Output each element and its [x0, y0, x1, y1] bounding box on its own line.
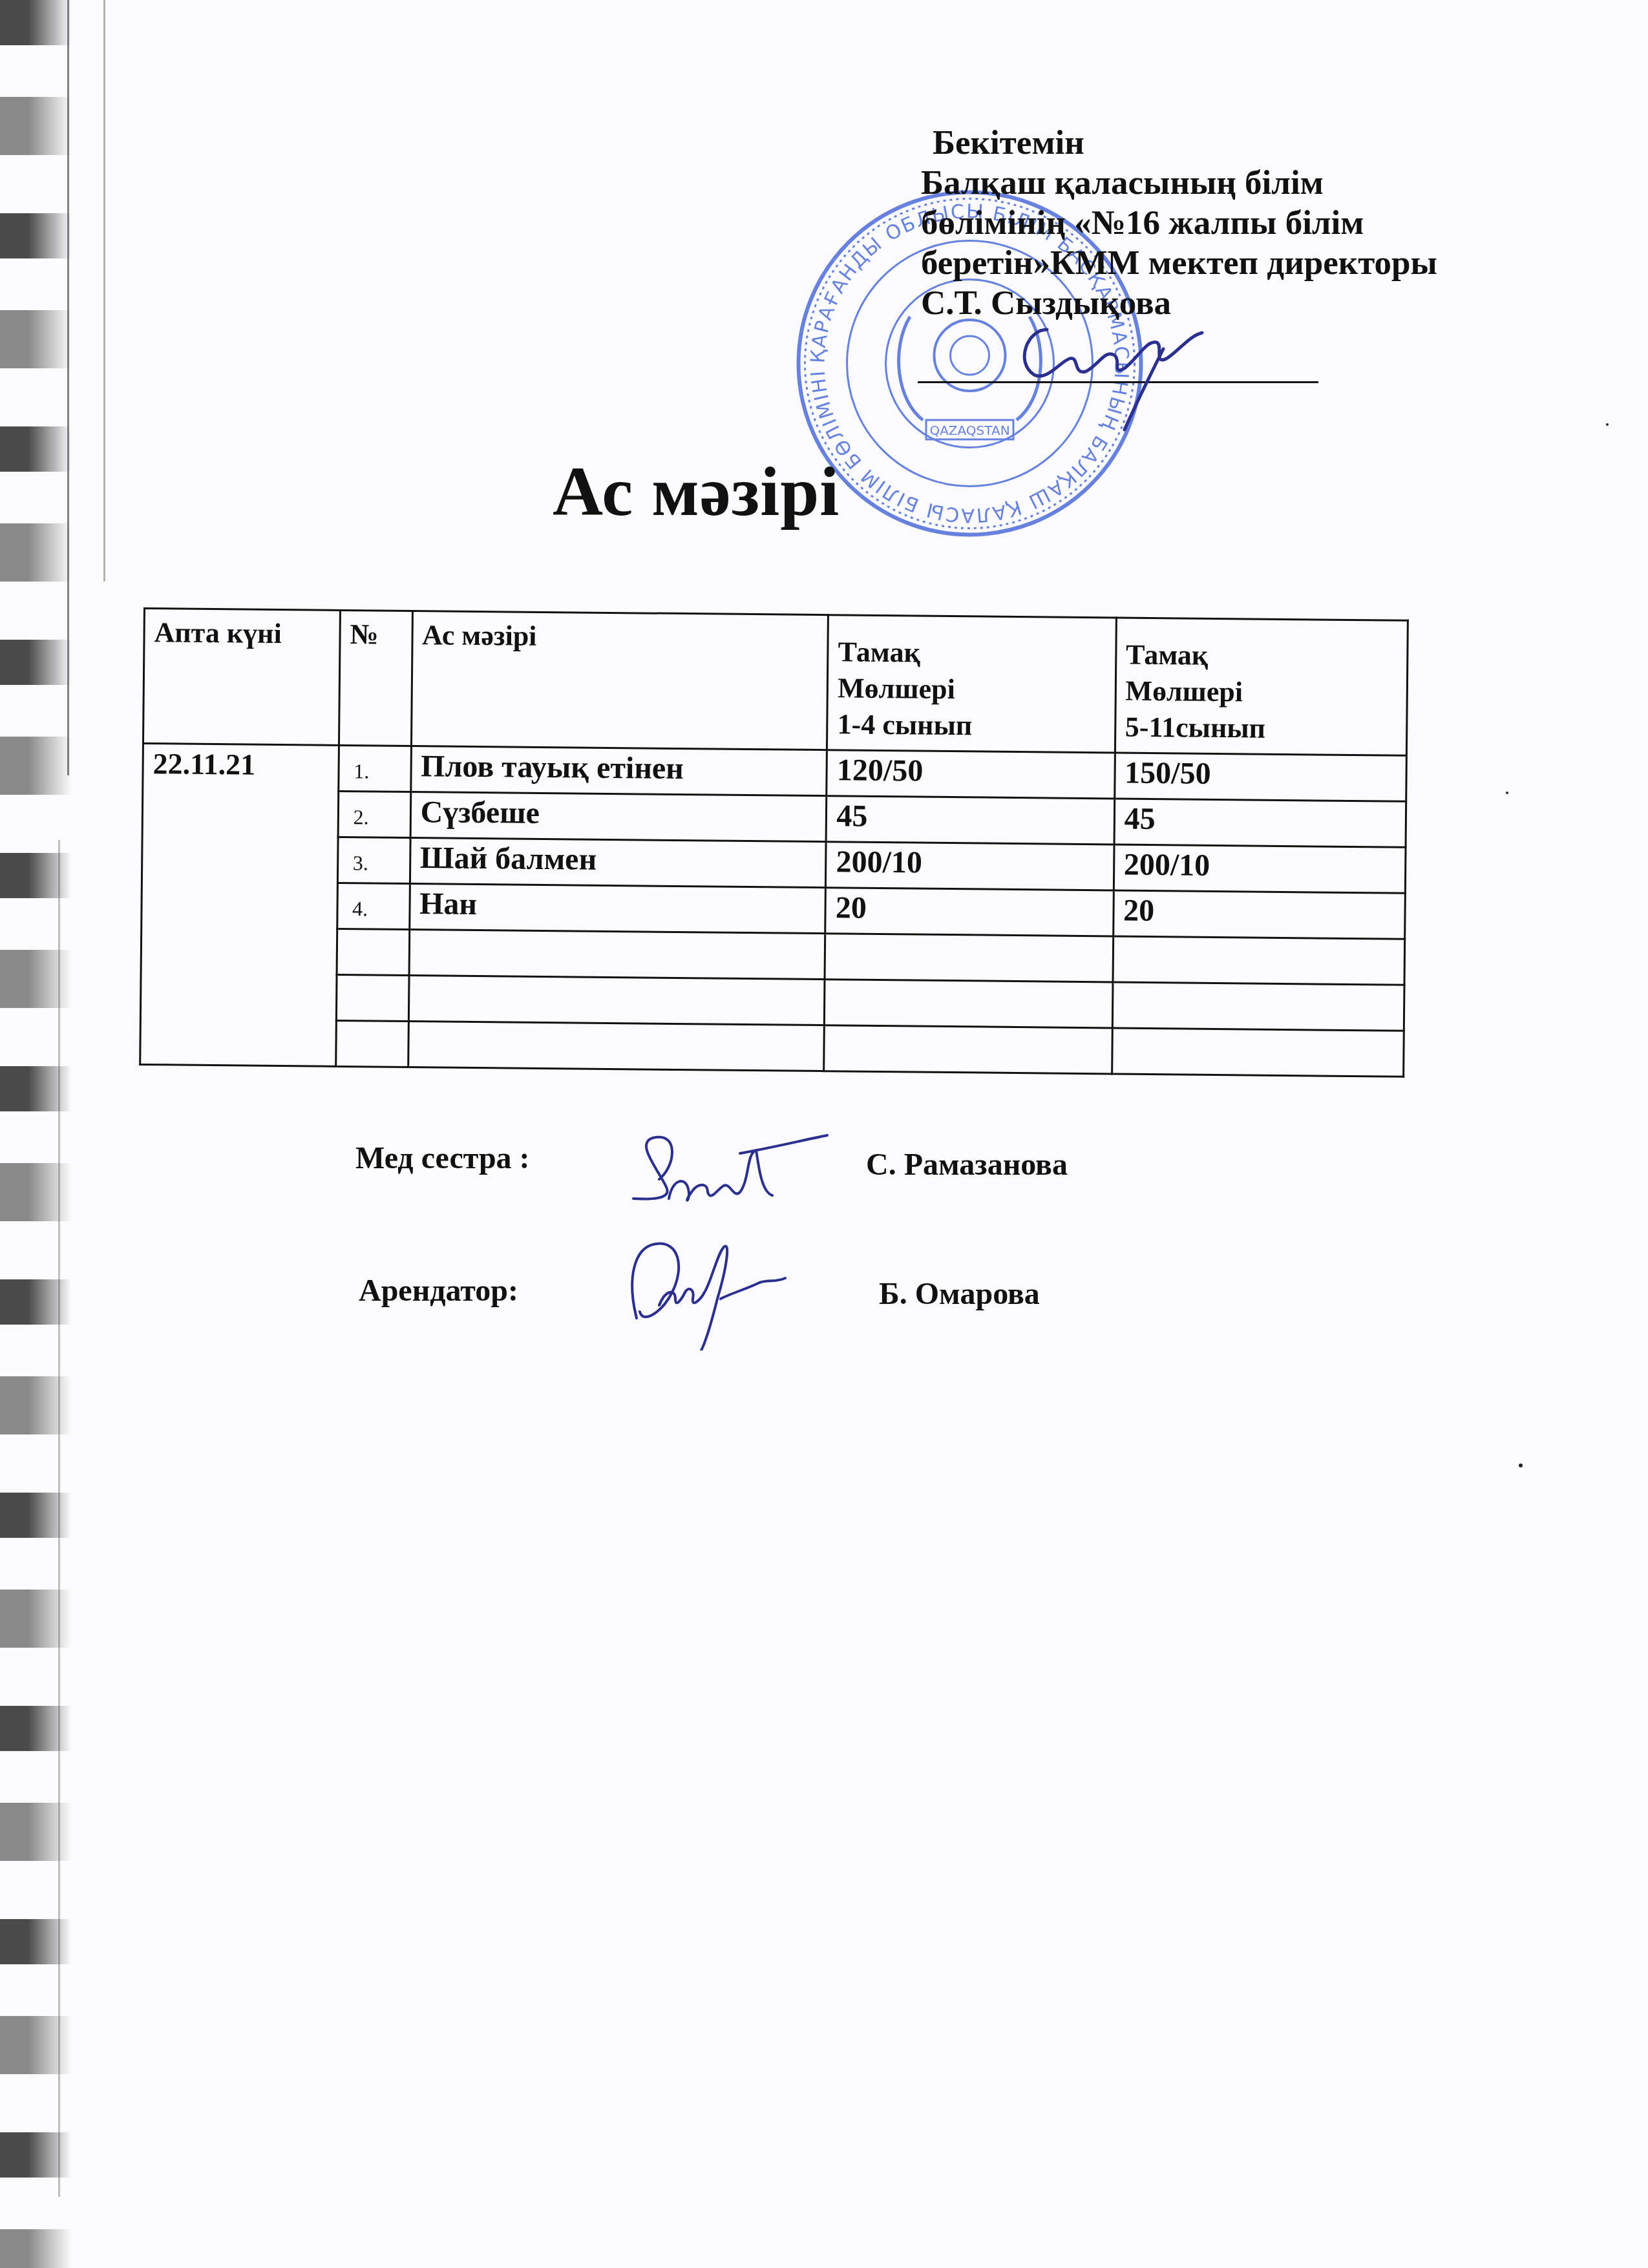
row-number: 4. [337, 883, 410, 929]
director-signature [1008, 304, 1221, 433]
header-dish: Ас мәзірі [411, 611, 829, 750]
approval-line: бөлімінің «№16 жалпы білім [921, 203, 1503, 243]
header-portion-grades-5-11: Тамақ Мөлшері 5-11сынып [1115, 618, 1408, 755]
portion-1-4-cell [825, 980, 1113, 1028]
header-portion-grades-1-4: Тамақ Мөлшері 1-4 сынып [827, 615, 1116, 753]
portion-5-11-cell: 200/10 [1114, 845, 1406, 893]
scan-streak [58, 840, 60, 2197]
nurse-name: С. Рамазанова [866, 1147, 1068, 1182]
portion-5-11-cell [1112, 1028, 1404, 1076]
header-text: Тамақ [838, 634, 1106, 673]
portion-5-11-cell: 150/50 [1114, 753, 1406, 801]
menu-table: Апта күні № Ас мәзірі Тамақ Мөлшері 1-4 … [139, 607, 1409, 1078]
header-day: Апта күні [143, 609, 340, 746]
nurse-label: Мед сестра : [355, 1140, 530, 1176]
header-text: 5-11сынып [1125, 709, 1397, 748]
scan-streak [103, 0, 105, 582]
header-text: 1-4 сынып [837, 706, 1105, 745]
svg-text:QAZAQSTAN: QAZAQSTAN [929, 423, 1009, 438]
scan-streak [67, 0, 69, 775]
scan-speck [1519, 1464, 1523, 1467]
dish-cell [409, 929, 825, 979]
approval-line: Балқаш қаласының білім [921, 163, 1503, 203]
header-text: Мөлшері [1125, 673, 1397, 712]
dish-cell [408, 1021, 824, 1071]
nurse-signature [620, 1128, 834, 1218]
portion-1-4-cell [825, 934, 1113, 982]
approval-heading: Бекітемін [921, 123, 1503, 163]
portion-1-4-cell: 20 [825, 888, 1114, 936]
dish-cell: Шай балмен [410, 837, 826, 887]
approval-line: беретін»КММ мектеп директоры [921, 243, 1503, 283]
row-number: 1. [338, 745, 411, 792]
row-number: 3. [337, 837, 410, 883]
approval-block: Бекітемін Балқаш қаласының білім бөлімін… [921, 123, 1503, 323]
table-header-row: Апта күні № Ас мәзірі Тамақ Мөлшері 1-4 … [143, 609, 1408, 756]
portion-1-4-cell [824, 1025, 1112, 1074]
header-text: Тамақ [1126, 637, 1398, 676]
row-number [335, 1020, 408, 1067]
scan-speck [1606, 423, 1609, 426]
portion-5-11-cell: 20 [1113, 890, 1405, 939]
page-title: Ас мәзірі [553, 452, 840, 532]
tenant-signature [620, 1228, 808, 1350]
dish-cell: Сүзбеше [410, 792, 827, 841]
dish-cell [408, 975, 825, 1025]
portion-1-4-cell: 120/50 [827, 750, 1115, 799]
portion-5-11-cell [1113, 936, 1405, 985]
tenant-name: Б. Омарова [879, 1276, 1040, 1312]
portion-1-4-cell: 200/10 [826, 842, 1114, 890]
portion-1-4-cell: 45 [826, 796, 1114, 845]
header-text: Мөлшері [838, 670, 1106, 709]
header-number: № [339, 610, 412, 746]
portion-5-11-cell [1112, 982, 1404, 1031]
dish-cell: Плов тауық етінен [410, 746, 827, 795]
row-number [336, 974, 409, 1021]
tenant-label: Арендатор: [359, 1273, 518, 1308]
dish-cell: Нан [409, 883, 825, 933]
row-number: 2. [338, 791, 411, 837]
portion-5-11-cell: 45 [1114, 799, 1406, 847]
row-number [337, 929, 410, 975]
scan-edge-artifact [0, 0, 71, 2268]
date-cell: 22.11.21 [140, 744, 339, 1067]
scan-speck [1506, 792, 1508, 794]
